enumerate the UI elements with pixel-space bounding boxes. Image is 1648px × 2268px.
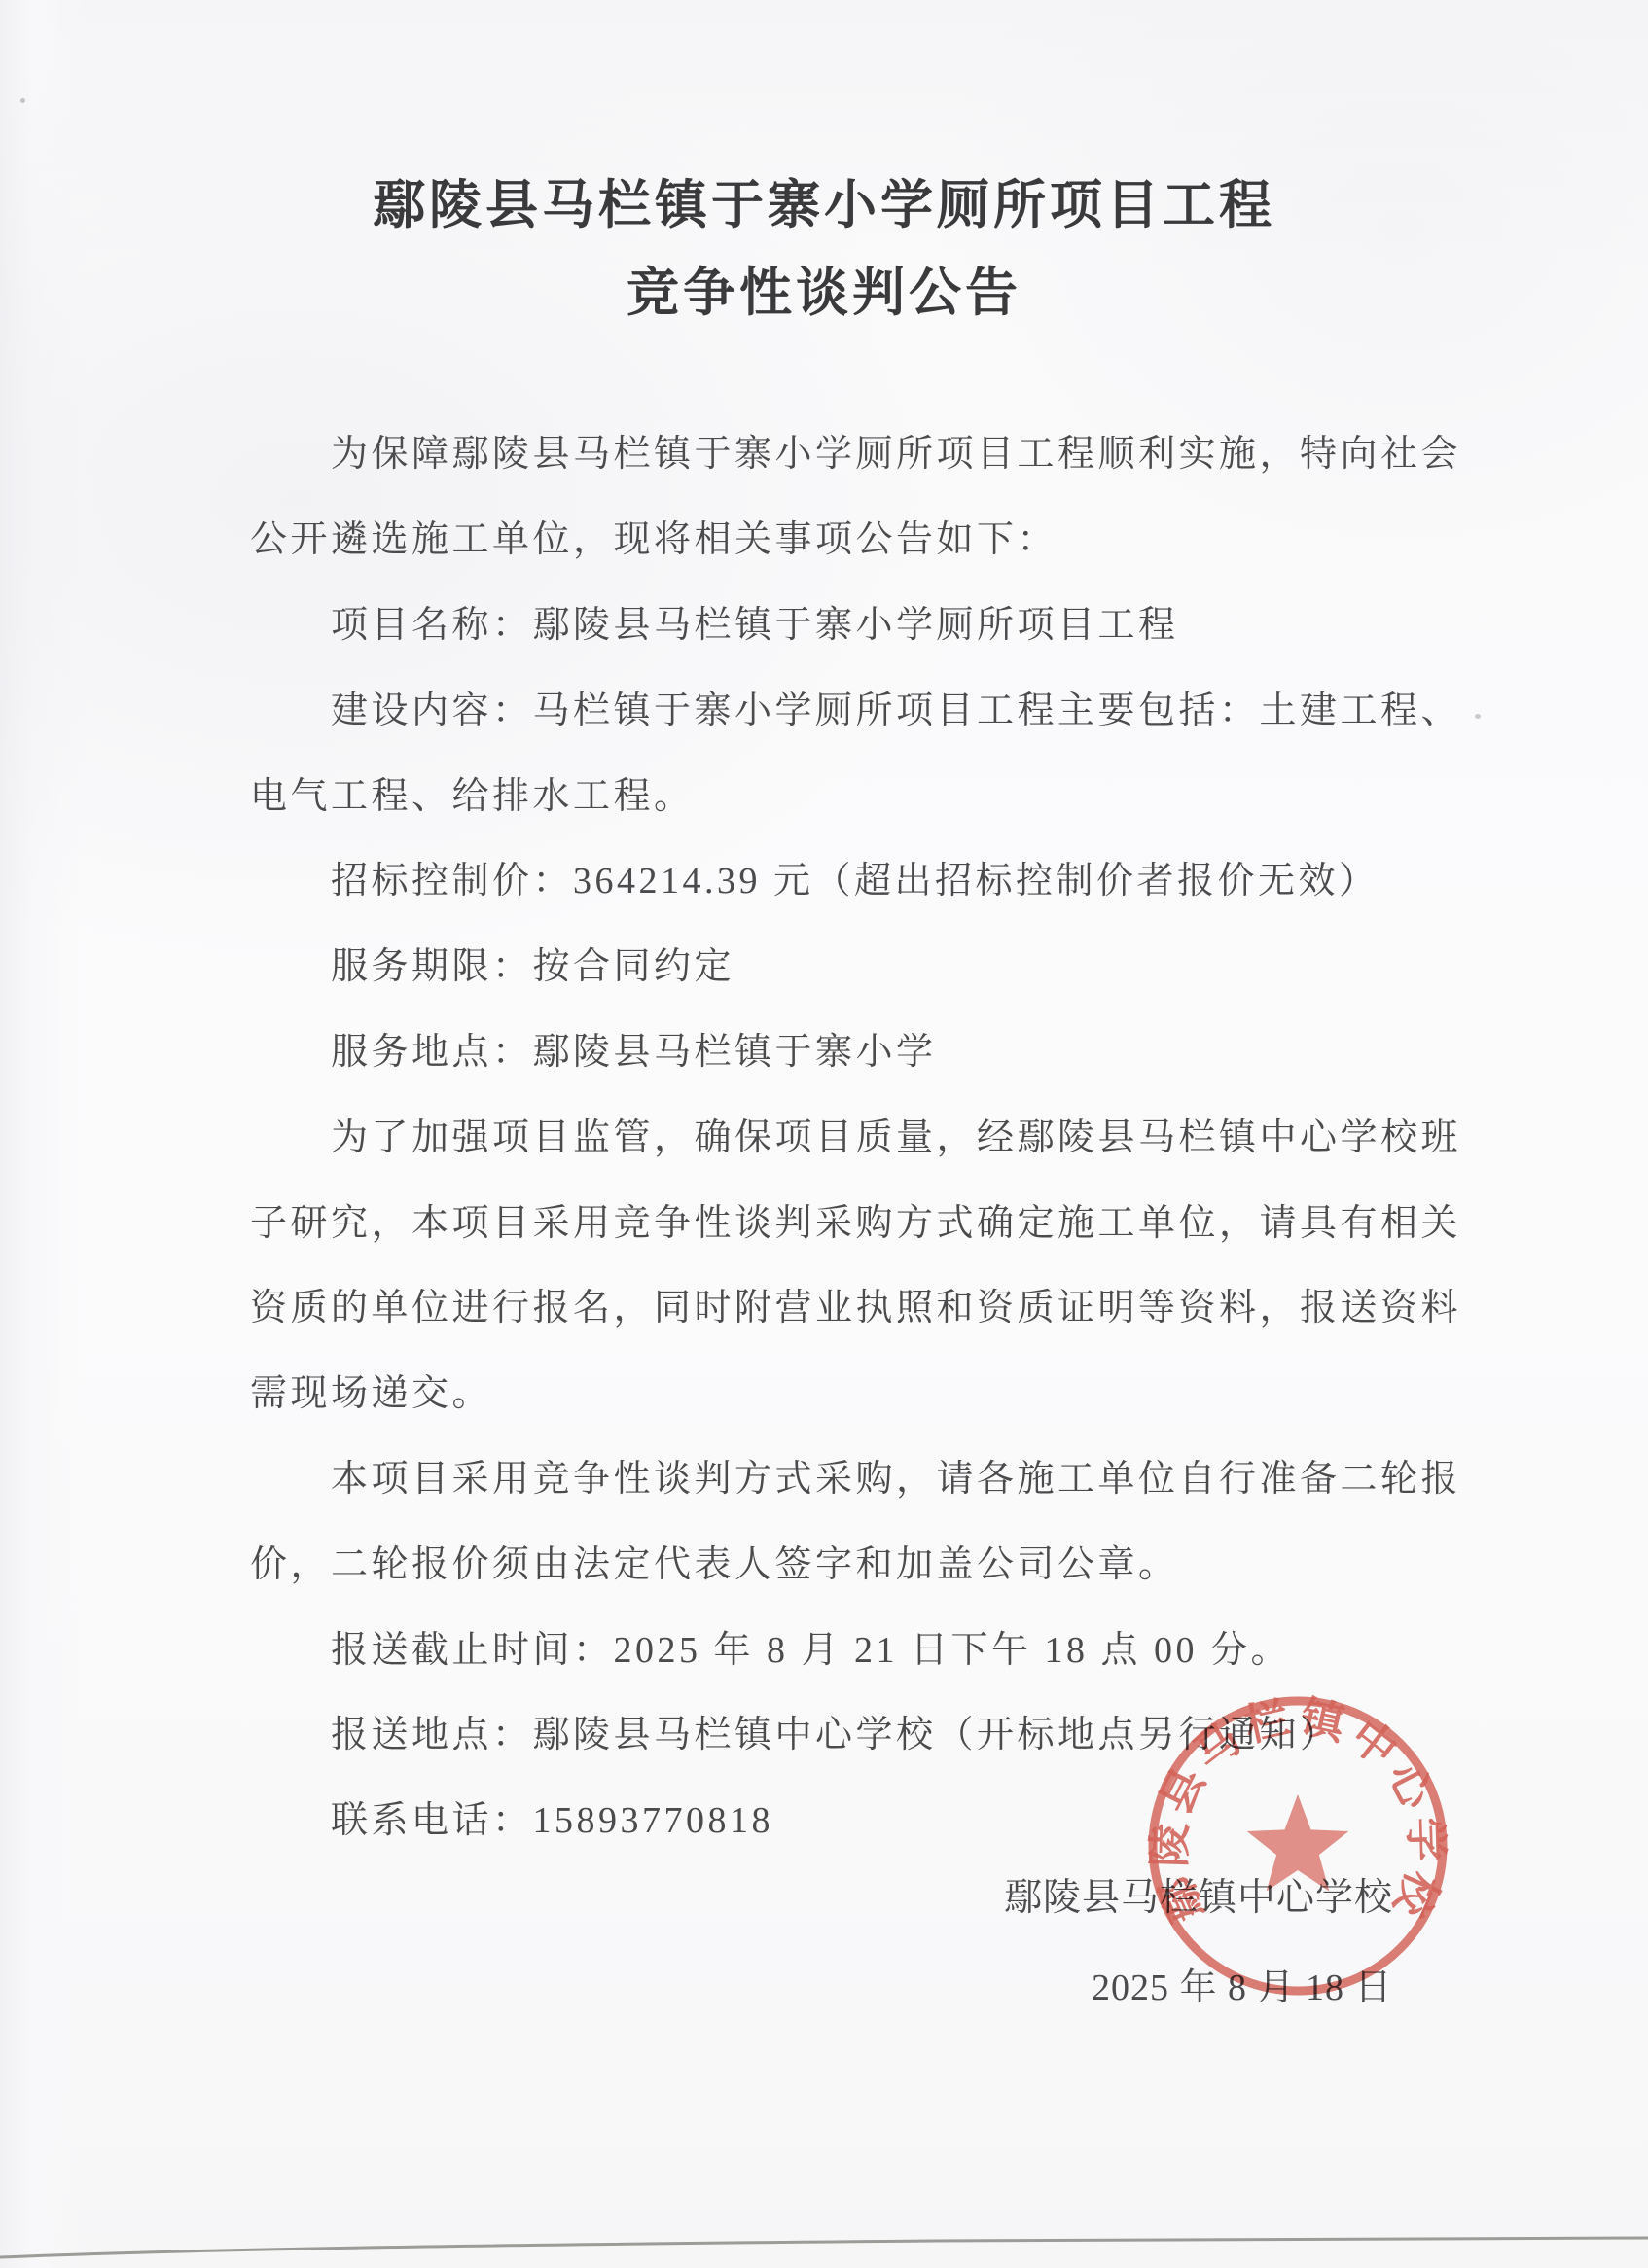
- body-line: 为了加强项目监管，确保项目质量，经鄢陵县马栏镇中心学校班: [250, 1090, 1505, 1176]
- document-title-line2: 竞争性谈判公告: [0, 251, 1648, 326]
- body-line: 子研究，本项目采用竞争性谈判采购方式确定施工单位，请具有相关: [250, 1176, 1505, 1261]
- official-seal-stamp: 鄢陵县马栏镇中心学校: [1140, 1688, 1455, 2003]
- body-line: 为保障鄢陵县马栏镇于寨小学厕所项目工程顺利实施，特向社会: [250, 408, 1505, 493]
- body-line: 资质的单位进行报名，同时附营业执照和资质证明等资料，报送资料: [250, 1261, 1505, 1347]
- body-line: 公开遴选施工单位，现将相关事项公告如下：: [250, 493, 1505, 579]
- scan-speck: [20, 98, 25, 103]
- body-line: 需现场递交。: [250, 1347, 1505, 1433]
- scan-speck: [1475, 714, 1481, 719]
- scanned-announcement-page: 鄢陵县马栏镇于寨小学厕所项目工程 竞争性谈判公告 为保障鄢陵县马栏镇于寨小学厕所…: [0, 0, 1648, 2268]
- body-line: 本项目采用竞争性谈判方式采购，请各施工单位自行准备二轮报: [250, 1433, 1505, 1518]
- body-line: 服务地点：鄢陵县马栏镇于寨小学: [250, 1006, 1505, 1091]
- seal-star-icon: [1247, 1794, 1349, 1892]
- document-title-line1: 鄢陵县马栏镇于寨小学厕所项目工程: [0, 163, 1648, 238]
- body-line: 建设内容：马栏镇于寨小学厕所项目工程主要包括：土建工程、: [250, 663, 1505, 749]
- body-line: 价，二轮报价须由法定代表人签字和加盖公司公章。: [250, 1517, 1505, 1603]
- body-line: 报送截止时间：2025 年 8 月 21 日下午 18 点 00 分。: [250, 1603, 1505, 1688]
- body-line: 项目名称：鄢陵县马栏镇于寨小学厕所项目工程: [250, 579, 1505, 664]
- body-line: 招标控制价：364214.39 元（超出招标控制价者报价无效）: [250, 834, 1505, 920]
- document-body: 为保障鄢陵县马栏镇于寨小学厕所项目工程顺利实施，特向社会公开遴选施工单位，现将相…: [250, 408, 1505, 1860]
- scan-page-edge-line: [0, 2225, 1648, 2268]
- body-line: 服务期限：按合同约定: [250, 920, 1505, 1006]
- body-line: 电气工程、给排水工程。: [250, 749, 1505, 834]
